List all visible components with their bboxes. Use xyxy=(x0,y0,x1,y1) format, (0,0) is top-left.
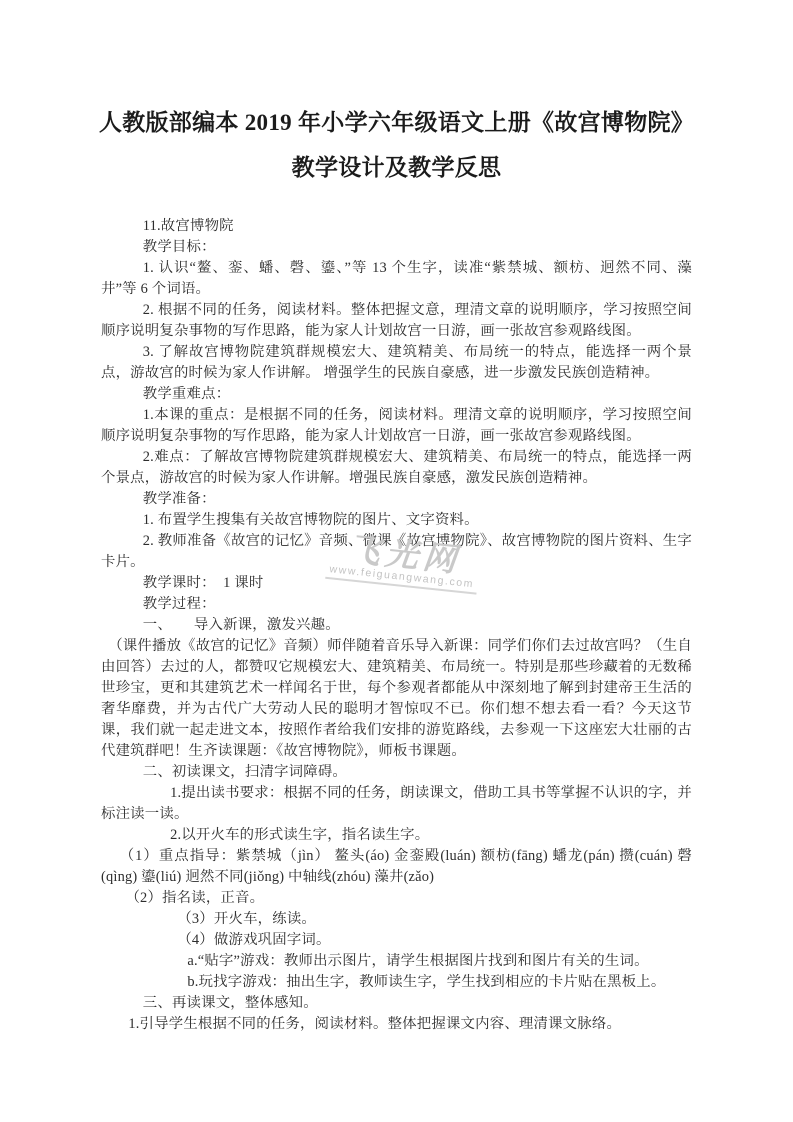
doc-paragraph: 教学重难点： xyxy=(101,384,692,405)
doc-paragraph: 1. 认识“鳌、銮、蟠、磬、鎏、”等 13 个生字，读准“紫禁城、额枋、迥然不同… xyxy=(101,258,692,300)
doc-paragraph: 教学目标： xyxy=(101,237,692,258)
doc-paragraph: （2）指名读，正音。 xyxy=(101,888,692,909)
doc-paragraph: 1.提出读书要求：根据不同的任务，朗读课文，借助工具书等掌握不认识的字，并标注读… xyxy=(101,783,692,825)
doc-paragraph: b.玩找字游戏：抽出生字，教师读生字，学生找到相应的卡片贴在黑板上。 xyxy=(101,972,692,993)
doc-paragraph: （课件播放《故宫的记忆》音频）师伴随着音乐导入新课：同学们你们去过故宫吗？（生自… xyxy=(101,636,692,762)
doc-paragraph: 2. 教师准备《故宫的记忆》音频、微课《故宫博物院》、故宫博物院的图片资料、生字… xyxy=(101,531,692,573)
document-body: 11.故宫博物院教学目标：1. 认识“鳌、銮、蟠、磬、鎏、”等 13 个生字，读… xyxy=(101,216,692,1035)
doc-paragraph: 三、再读课文，整体感知。 xyxy=(101,993,692,1014)
doc-paragraph: a.“贴字”游戏：教师出示图片，请学生根据图片找到和图片有关的生词。 xyxy=(101,951,692,972)
document-page: 人教版部编本 2019 年小学六年级语文上册《故宫博物院》教学设计及教学反思 1… xyxy=(0,0,793,1122)
doc-paragraph: （4）做游戏巩固字词。 xyxy=(101,930,692,951)
doc-paragraph: 2.以开火车的形式读生字，指名读生字。 xyxy=(101,825,692,846)
doc-paragraph: 教学过程： xyxy=(101,594,692,615)
doc-paragraph: 3. 了解故宫博物院建筑群规模宏大、建筑精美、布局统一的特点，能选择一两个景点，… xyxy=(101,342,692,384)
doc-paragraph: （1）重点指导：紫禁城（jìn） 鳌头(áo) 金銮殿(luán) 额枋(fān… xyxy=(101,846,692,888)
document-title: 人教版部编本 2019 年小学六年级语文上册《故宫博物院》教学设计及教学反思 xyxy=(97,100,697,190)
doc-paragraph: 11.故宫博物院 xyxy=(101,216,692,237)
doc-paragraph: 2.难点：了解故宫博物院建筑群规模宏大、建筑精美、布局统一的特点，能选择一两个景… xyxy=(101,447,692,489)
doc-paragraph: 教学课时： 1 课时 xyxy=(101,573,692,594)
doc-paragraph: 1.引导学生根据不同的任务，阅读材料。整体把握课文内容、理清课文脉络。 xyxy=(101,1014,692,1035)
doc-paragraph: 1. 布置学生搜集有关故宫博物院的图片、文字资料。 xyxy=(101,510,692,531)
doc-paragraph: 一、 导入新课，激发兴趣。 xyxy=(101,615,692,636)
doc-paragraph: 2. 根据不同的任务，阅读材料。整体把握文意，理清文章的说明顺序，学习按照空间顺… xyxy=(101,300,692,342)
doc-paragraph: 1.本课的重点：是根据不同的任务，阅读材料。理清文章的说明顺序，学习按照空间顺序… xyxy=(101,405,692,447)
doc-paragraph: （3）开火车，练读。 xyxy=(101,909,692,930)
doc-paragraph: 教学准备： xyxy=(101,489,692,510)
doc-paragraph: 二、初读课文，扫清字词障碍。 xyxy=(101,762,692,783)
